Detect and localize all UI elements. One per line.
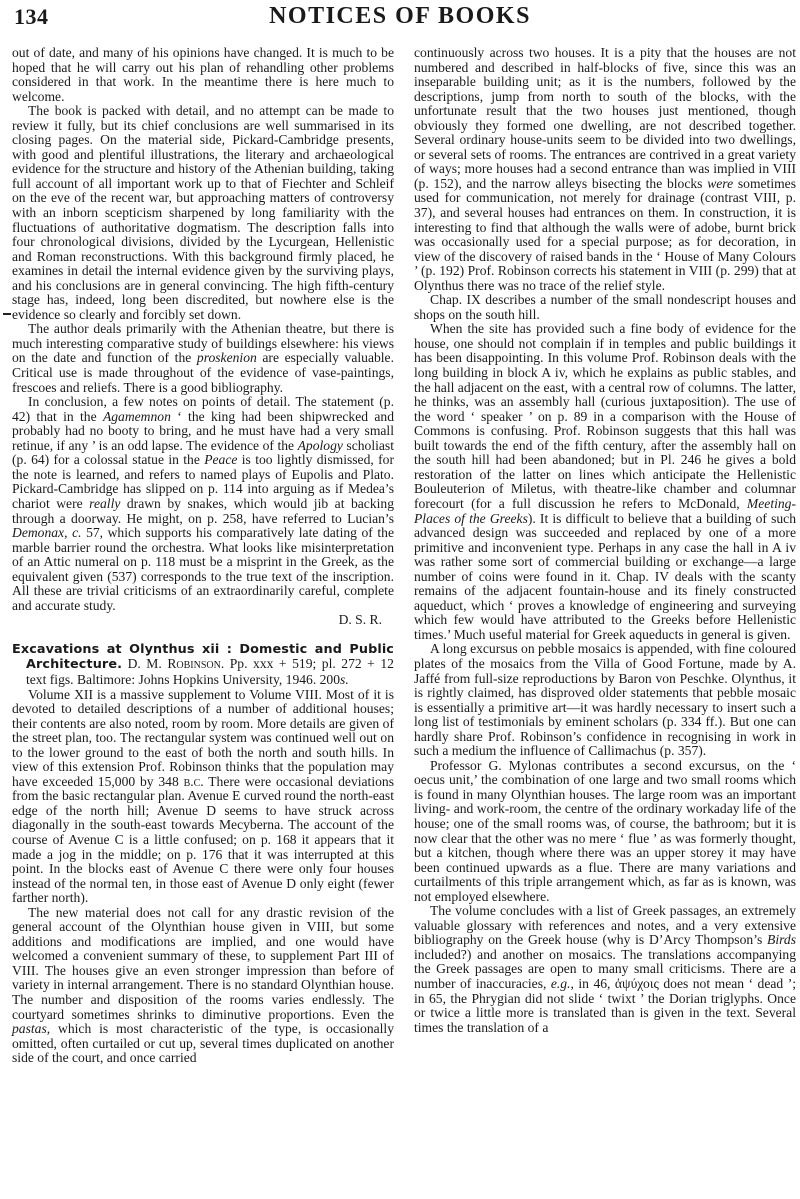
author-surname: Robinson.	[167, 656, 224, 671]
paragraph: A long excursus on pebble mosaics is app…	[414, 642, 796, 758]
italic-term: proskenion	[197, 350, 257, 365]
paragraph: Professor G. Mylonas contributes a secon…	[414, 759, 796, 904]
paragraph: In conclusion, a few notes on points of …	[12, 395, 394, 613]
author-initials: D. M.	[128, 656, 162, 671]
price-suffix: s.	[340, 672, 349, 687]
italic-title: Peace	[204, 452, 237, 467]
paragraph: The volume concludes with a list of Gree…	[414, 904, 796, 1035]
left-column: out of date, and many of his opinions ha…	[12, 46, 394, 1066]
margin-mark	[3, 313, 11, 315]
italic-abbrev: c.	[72, 525, 81, 540]
paragraph: out of date, and many of his opinions ha…	[12, 46, 394, 104]
italic-title: Birds	[767, 932, 796, 947]
paragraph: The new material does not call for any d…	[12, 906, 394, 1066]
italic-title: Agamemnon	[103, 409, 171, 424]
page-header: 134 NOTICES OF BOOKS	[0, 0, 800, 40]
reviewer-signature: D. S. R.	[12, 613, 382, 628]
paragraph: Chap. IX describes a number of the small…	[414, 293, 796, 322]
paragraph: The book is packed with detail, and no a…	[12, 104, 394, 322]
paragraph: The author deals primarily with the Athe…	[12, 322, 394, 395]
paragraph: Volume XII is a massive supplement to Vo…	[12, 688, 394, 906]
italic-emphasis: were	[707, 176, 733, 191]
review-heading: Excavations at Olynthus xii : Domestic a…	[12, 642, 394, 688]
italic-emphasis: really	[89, 496, 120, 511]
right-column: continuously across two houses. It is a …	[414, 46, 796, 1035]
italic-term: pastas	[12, 1021, 47, 1036]
italic-abbrev: e.g.	[551, 976, 571, 991]
italic-title: Apology	[298, 438, 343, 453]
running-head: NOTICES OF BOOKS	[0, 3, 800, 30]
paragraph: When the site has provided such a fine b…	[414, 322, 796, 642]
italic-title: Demonax	[12, 525, 64, 540]
paragraph: continuously across two houses. It is a …	[414, 46, 796, 293]
